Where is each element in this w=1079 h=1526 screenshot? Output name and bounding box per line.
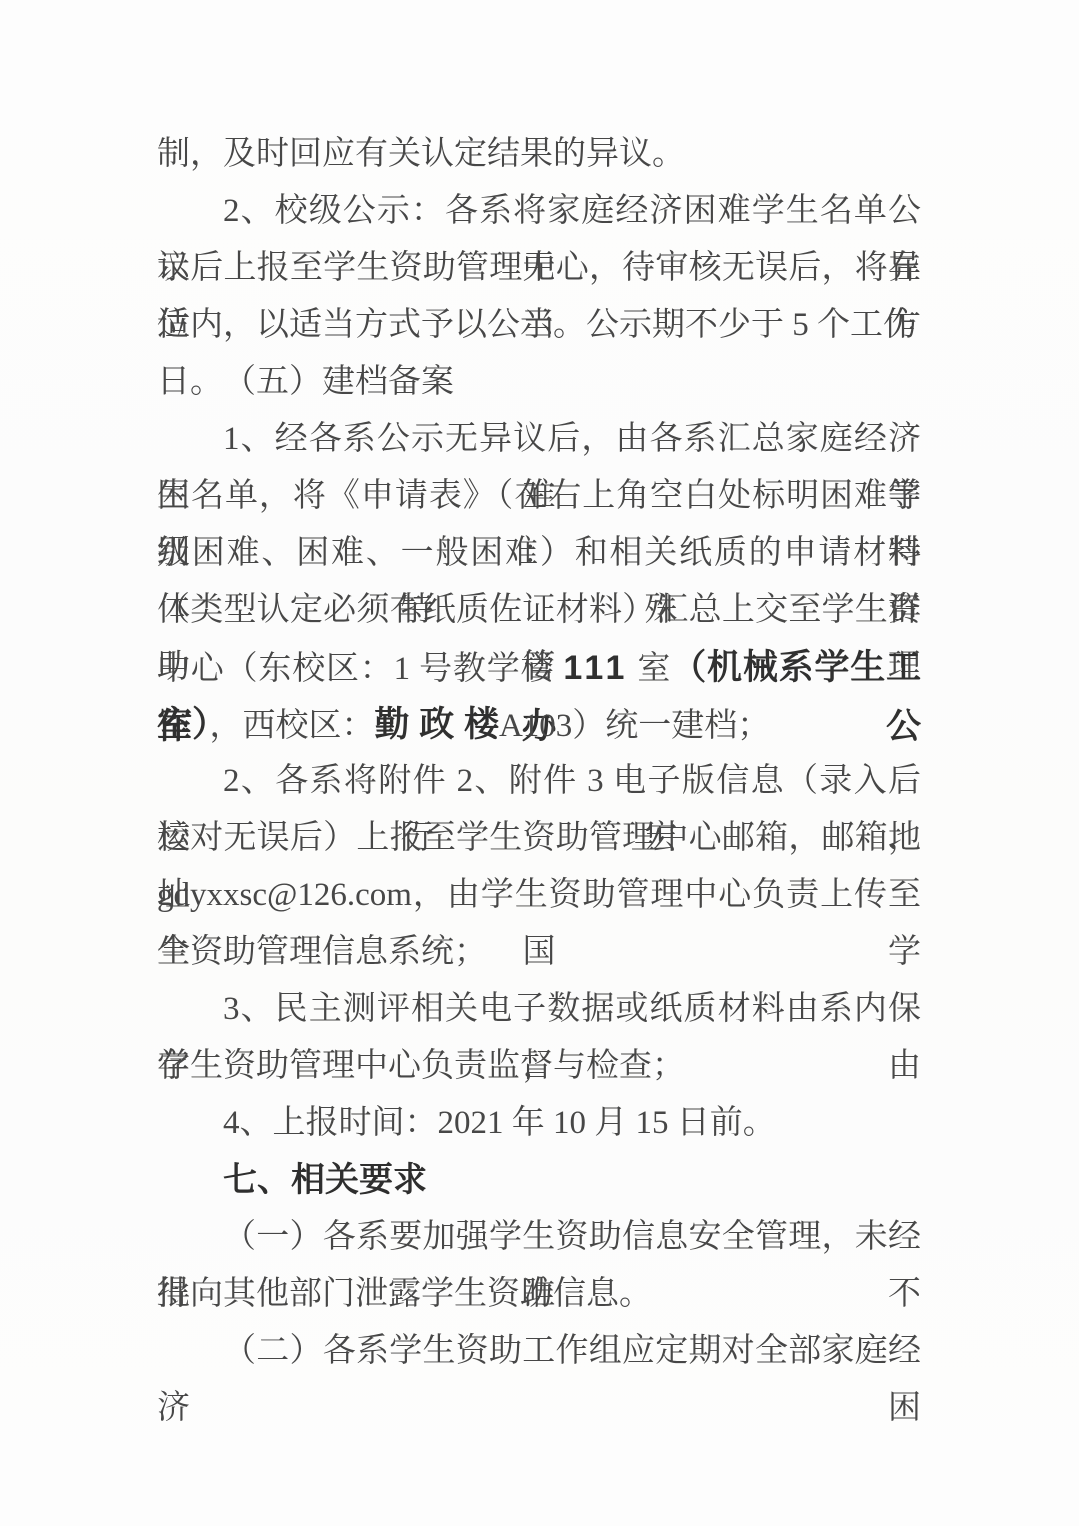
subsection-heading-5: （五）建档备案 [157, 354, 921, 411]
text-segment: A103）统一建档； [499, 708, 770, 744]
text-line: 1、经各系公示无异议后，由各系汇总家庭经济困难学 [157, 411, 921, 468]
text-line: 议后上报至学生资助管理中心，待审核无误后，将在适当方 [157, 240, 921, 297]
text-segment: 生资助管理信息系统； [157, 934, 487, 970]
west-campus-building-bold: 勤 政 楼 [375, 705, 499, 744]
text-line: gdyxxsc@126.com，由学生资助管理中心负责上传至全国学 [157, 867, 921, 924]
text-segment: （五）建档备案 [223, 364, 454, 400]
text-line: 体类型认定必须有纸质佐证材料）汇总上交至学生资助管理 [157, 582, 921, 639]
document-body: 制，及时回应有关认定结果的异议。2、校级公示：各系将家庭经济困难学生名单公示无异… [157, 126, 921, 1380]
text-line: （五）建档备案 [157, 354, 921, 411]
text-line: 七、相关要求 [157, 1152, 921, 1209]
para-archive-item-1: 1、经各系公示无异议后，由各系汇总家庭经济困难学生名单，将《申请表》（在右上角空… [157, 411, 921, 753]
text-line: 别困难、困难、一般困难）和相关纸质的申请材料（特殊群 [157, 525, 921, 582]
text-line: 2、校级公示：各系将家庭经济困难学生名单公示无异 [157, 183, 921, 240]
text-segment: ，西校区： [210, 708, 375, 744]
mechanical-dept-office-bold-end: 室） [157, 705, 210, 744]
para-requirement-2: （二）各系学生资助工作组应定期对全部家庭经济困 [157, 1323, 921, 1380]
text-line: （二）各系学生资助工作组应定期对全部家庭经济困 [157, 1323, 921, 1380]
text-line: 4、上报时间：2021 年 10 月 15 日前。 [157, 1095, 921, 1152]
text-line: 3、民主测评相关电子数据或纸质材料由系内保存，由 [157, 981, 921, 1038]
para-school-level-publicity: 2、校级公示：各系将家庭经济困难学生名单公示无异议后上报至学生资助管理中心，待审… [157, 183, 921, 354]
text-line: （一）各系要加强学生资助信息安全管理，未经批准不 [157, 1209, 921, 1266]
para-archive-item-2: 2、各系将附件 2、附件 3 电子版信息（录入后运行宏，校对无误后）上报至学生资… [157, 753, 921, 981]
text-line: 位内，以适当方式予以公示。公示期不少于 5 个工作日。 [157, 297, 921, 354]
east-campus-room-number: 111 [563, 649, 628, 687]
text-segment: 制，及时回应有关认定结果的异议。 [157, 136, 685, 172]
para-continuation-top: 制，及时回应有关认定结果的异议。 [157, 126, 921, 183]
text-line: 生名单，将《申请表》（在右上角空白处标明困难等级：特 [157, 468, 921, 525]
para-requirement-1: （一）各系要加强学生资助信息安全管理，未经批准不得向其他部门泄露学生资助信息。 [157, 1209, 921, 1323]
text-segment: 学生资助管理中心负责监督与检查； [157, 1048, 685, 1084]
text-line: 校对无误后）上报至学生资助管理中心邮箱，邮箱地址 [157, 810, 921, 867]
section-heading-7: 七、相关要求 [157, 1152, 921, 1209]
text-segment: 中心（东校区：1 号教学楼 [157, 651, 563, 687]
text-line: 2、各系将附件 2、附件 3 电子版信息（录入后运行宏， [157, 753, 921, 810]
section-heading-text: 七、相关要求 [223, 1161, 427, 1199]
text-segment: 得向其他部门泄露学生资助信息。 [157, 1276, 652, 1312]
document-page: 制，及时回应有关认定结果的异议。2、校级公示：各系将家庭经济困难学生名单公示无异… [0, 0, 1079, 1526]
text-line: 中心（东校区：1 号教学楼 111 室（机械系学生工作办公 [157, 639, 921, 696]
text-segment: 室 [628, 651, 671, 687]
text-segment: （二）各系学生资助工作组应定期对全部家庭经济困 [157, 1333, 921, 1426]
text-line: 制，及时回应有关认定结果的异议。 [157, 126, 921, 183]
para-archive-item-3: 3、民主测评相关电子数据或纸质材料由系内保存，由学生资助管理中心负责监督与检查； [157, 981, 921, 1095]
deadline-date: 4、上报时间：2021 年 10 月 15 日前。 [223, 1105, 776, 1141]
para-archive-item-4: 4、上报时间：2021 年 10 月 15 日前。 [157, 1095, 921, 1152]
